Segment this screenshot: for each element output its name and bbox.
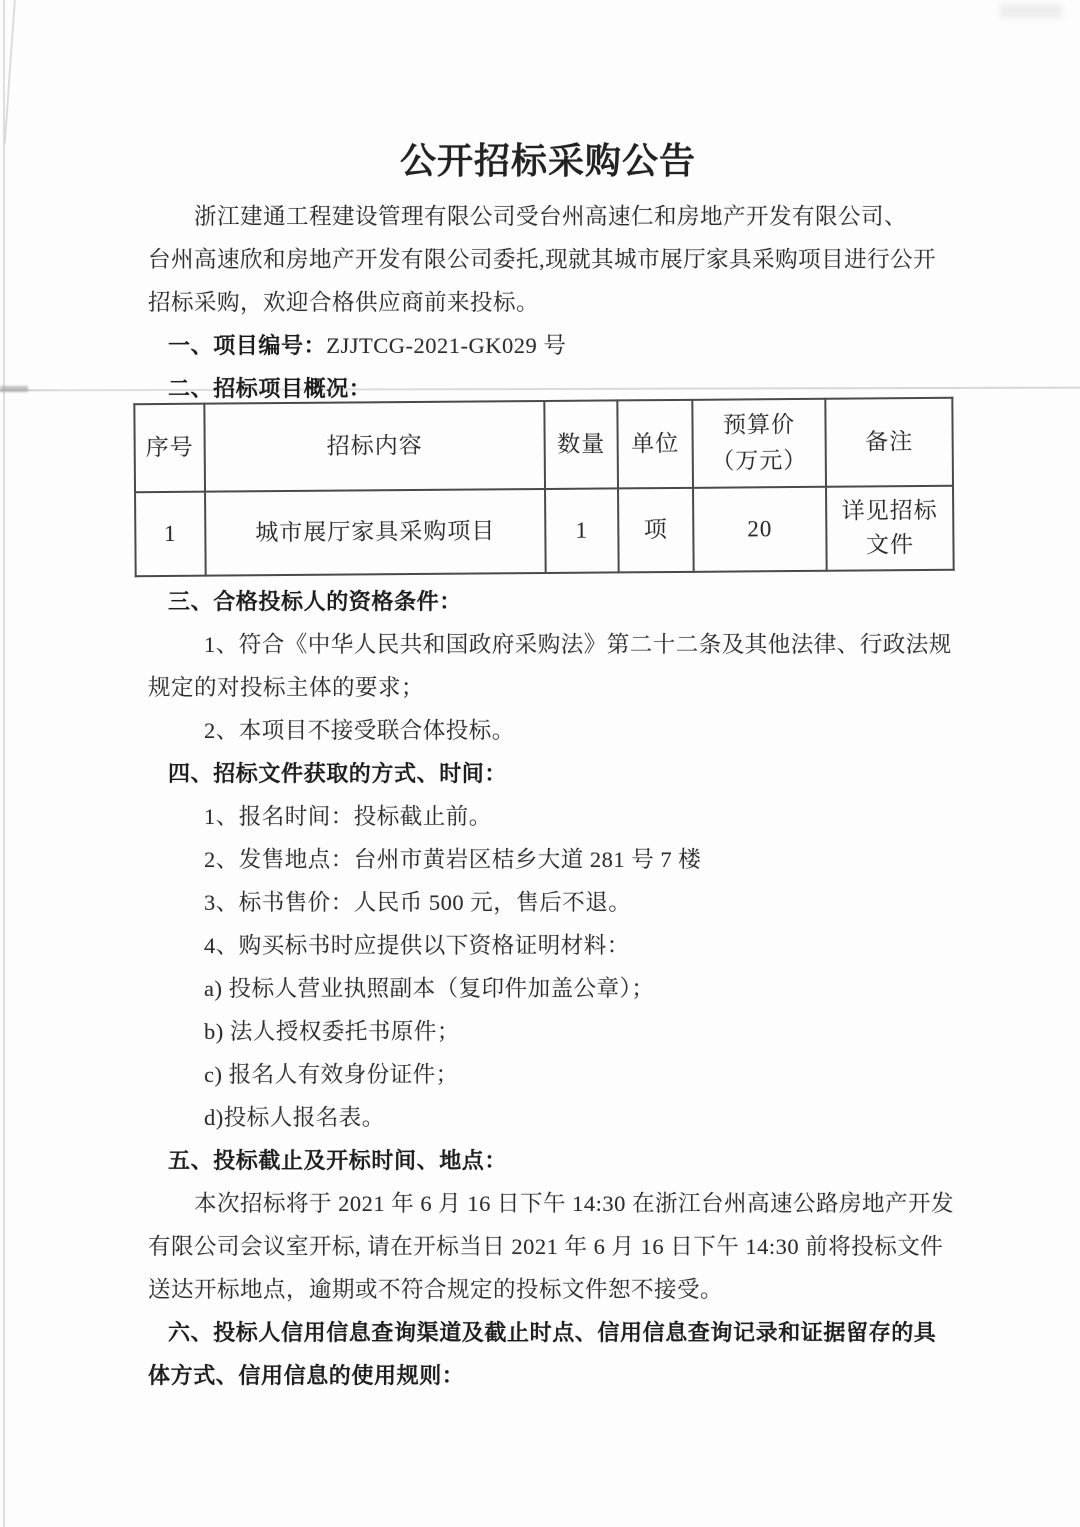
list-item: 2、发售地点：台州市黄岩区桔乡大道 281 号 7 楼 [148,838,948,881]
intro-line: 台州高速欣和房地产开发有限公司委托,现就其城市展厅家具采购项目进行公开 [148,238,948,281]
table-cell-qty: 1 [545,488,619,573]
table-header-cell: 备注 [825,398,953,487]
list-item: a) 投标人营业执照副本（复印件加盖公章）； [148,967,948,1010]
list-item: b) 法人授权委托书原件； [148,1010,948,1053]
scanned-document-page: 公开招标采购公告 浙江建通工程建设管理有限公司受台州高速仁和房地产开发有限公司、… [0,0,1080,1527]
scan-corner-smudge [1000,4,1062,18]
paragraph-line: 送达开标地点，逾期或不符合规定的投标文件恕不接受。 [148,1268,948,1311]
table-header-cell: 序号 [134,404,205,493]
intro-line: 招标采购，欢迎合格供应商前来投标。 [148,281,948,324]
list-item-continuation: 规定的对投标主体的要求； [148,666,948,709]
table-cell-budget: 20 [693,487,827,572]
section1-project-number-line: 一、项目编号：ZJJTCG-2021-GK029 号 [148,324,948,367]
list-item: 4、购买标书时应提供以下资格证明材料： [148,924,948,967]
table-header-row: 序号 招标内容 数量 单位 预算价 （万元） 备注 [134,398,953,492]
scan-fold-blob [0,386,28,392]
scan-edge-line [3,0,5,1527]
section1-label: 一、项目编号： [168,333,326,358]
list-item: 1、报名时间：投标截止前。 [148,795,948,838]
bid-overview-table: 序号 招标内容 数量 单位 预算价 （万元） 备注 1 城市展厅家具采购项目 1… [133,397,954,577]
paragraph-line: 本次招标将于 2021 年 6 月 16 日下午 14:30 在浙江台州高速公路… [148,1182,948,1225]
document-title: 公开招标采购公告 [148,135,948,187]
document-content: 公开招标采购公告 浙江建通工程建设管理有限公司受台州高速仁和房地产开发有限公司、… [148,135,948,1397]
table-header-cell: 数量 [544,400,618,489]
table-cell-unit: 项 [618,488,694,573]
table-cell-seq: 1 [135,492,206,577]
list-item: 2、本项目不接受联合体投标。 [148,709,948,752]
section6-heading-line: 体方式、信用信息的使用规则： [148,1354,948,1397]
table-cell-note: 详见招标 文件 [826,486,954,571]
list-item: 1、符合《中华人民共和国政府采购法》第二十二条及其他法律、行政法规 [148,623,948,666]
table-data-row: 1 城市展厅家具采购项目 1 项 20 详见招标 文件 [135,486,954,576]
paragraph-line: 有限公司会议室开标, 请在开标当日 2021 年 6 月 16 日下午 14:3… [148,1225,948,1268]
table-header-cell: 招标内容 [204,401,545,492]
table-cell-content: 城市展厅家具采购项目 [205,489,546,576]
table-header-cell: 单位 [617,400,693,489]
project-number-value: ZJJTCG-2021-GK029 号 [326,333,566,358]
list-item: c) 报名人有效身份证件； [148,1053,948,1096]
section6-heading-line: 六、投标人信用信息查询渠道及截止时点、信用信息查询记录和证据留存的具 [148,1311,948,1354]
scan-edge-diagonal [4,0,16,144]
section5-heading: 五、投标截止及开标时间、地点： [148,1139,948,1182]
list-item: 3、标书售价：人民币 500 元，售后不退。 [148,881,948,924]
section4-heading: 四、招标文件获取的方式、时间： [148,752,948,795]
section3-heading: 三、合格投标人的资格条件： [148,580,948,623]
list-item: d)投标人报名表。 [148,1096,948,1139]
table-header-cell: 预算价 （万元） [692,399,826,488]
intro-line: 浙江建通工程建设管理有限公司受台州高速仁和房地产开发有限公司、 [148,195,948,238]
